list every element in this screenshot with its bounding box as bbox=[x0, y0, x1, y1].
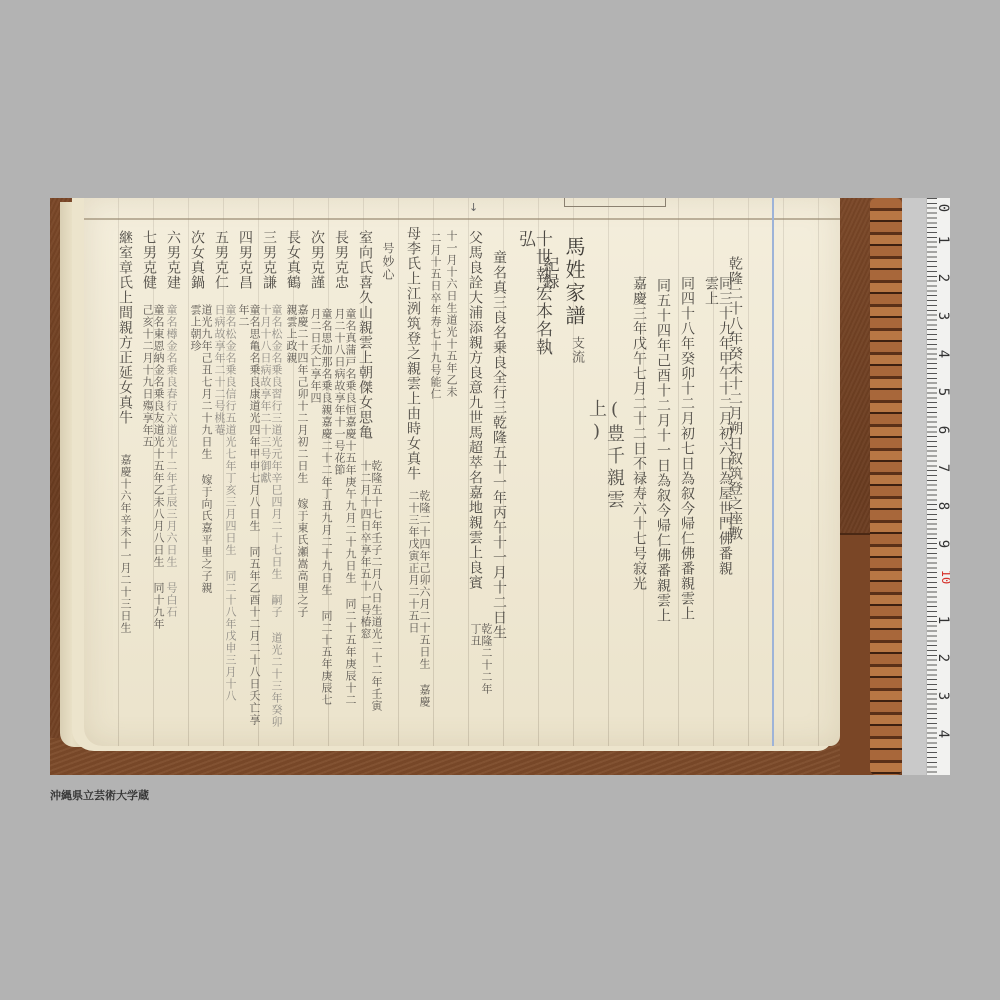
header-box bbox=[564, 198, 666, 207]
entry-second-wife: 継室章氏上間親方正延女真牛 bbox=[118, 230, 132, 450]
entry-daughter-1: 長女真鶴 bbox=[286, 230, 300, 310]
ruler-label: 0 bbox=[935, 204, 950, 212]
leather-lacing bbox=[870, 198, 902, 775]
entry-son-1: 長男克忠 bbox=[334, 230, 348, 310]
entry-father-note: 乾隆二十二年丁丑 bbox=[470, 623, 492, 703]
entry-son-5: 五男克仁 bbox=[214, 230, 228, 310]
ruler-label: 7 bbox=[935, 464, 950, 472]
ruler-label-highlight: 10 bbox=[939, 570, 950, 584]
record-entry-2: 同三十九年甲午十二月初六日為屋世門佛番親雲上 bbox=[704, 276, 732, 586]
document-subtitle: 支流 bbox=[570, 336, 583, 376]
entry-son-1-note: 童名真蒲戸名乗良恒嘉慶十五年庚午九月二十九日生 同二十五年庚辰十二月二十八日病故… bbox=[334, 308, 356, 708]
entry-daughter-2: 次女真鍋 bbox=[190, 230, 204, 310]
ruler-label: 1 bbox=[935, 616, 950, 624]
entry-second-wife-note: 嘉慶十六年辛未十一月二十三日生 bbox=[120, 454, 131, 684]
entry-childhood-name: 童名真三良名乗良全行三乾隆五十一年丙午十一月十二日生 bbox=[492, 250, 506, 680]
entry-wife: 室向氏喜久山親雲上朝傑女思亀 bbox=[358, 230, 372, 460]
entry-son-3-note: 童名松金名乗良習行三道光元年辛巳四月二十七日生 嗣子 道光二十三年癸卯十月十八日… bbox=[260, 304, 282, 734]
record-entry-5: 嘉慶三年戊午七月二十二日不禄寿六十七号寂光 bbox=[632, 276, 646, 626]
manuscript-photo: 0 1 2 3 4 5 6 7 8 9 10 1 2 3 4 ↓ 乾隆二十八年癸… bbox=[50, 198, 950, 775]
entry-wife-note: 乾隆五十七年壬子二月八日生道光二十二年壬寅十二月十四日卒享年五十一号椿窓 bbox=[360, 460, 382, 720]
entry-mother-title: 号妙心 bbox=[382, 242, 394, 292]
entry-son-4: 四男克昌 bbox=[238, 230, 252, 310]
arrow-mark: ↓ bbox=[469, 201, 489, 215]
ruler-label: 4 bbox=[935, 730, 950, 738]
collection-caption: 沖縄県立芸術大学蔵 bbox=[50, 787, 149, 803]
margin-rule bbox=[772, 198, 774, 746]
document-title: 馬姓家譜 bbox=[564, 236, 584, 336]
ruler-label: 3 bbox=[935, 692, 950, 700]
entry-son-3: 三男克謙 bbox=[262, 230, 276, 310]
entry-son-2: 次男克謹 bbox=[310, 230, 324, 310]
annotation-name: (豊千親雲上) bbox=[586, 398, 624, 530]
entry-father-birth: 十一月十六日生道光十五年乙未 bbox=[446, 230, 457, 450]
entry-son-7-note: 童名東恩納金名乗良友道光十五年乙未八月八日生 同十九年己亥十二月十九日殤享年五 bbox=[142, 304, 164, 634]
ruler-label: 5 bbox=[935, 388, 950, 396]
record-entry-3: 同四十八年癸卯十二月初七日為叙今帰仁佛番親雲上 bbox=[680, 276, 694, 626]
ruler-label: 8 bbox=[935, 502, 950, 510]
entry-father: 父馬良詮大浦添親方良意九世馬超萃名嘉地親雲上良賓 bbox=[468, 230, 482, 620]
entry-mother: 母李氏上江洌筑登之親雲上由時女真牛 bbox=[406, 226, 420, 486]
entry-daughter-2-note: 道光九年己丑七月二十九日生 嫁于向氏嘉平里之子親雲上朝珍 bbox=[190, 304, 212, 604]
entry-son-6-note: 童名樽金名乗良春行六道光十二年壬辰三月六日生 号白石 bbox=[166, 304, 177, 664]
record-entry-4: 同五十四年己酉十二月十一日為叙今帰仁佛番親雲上 bbox=[656, 278, 670, 628]
manuscript-page: ↓ 乾隆二十八年癸未十二月朔日叙筑登之座敷 同三十九年甲午十二月初六日為屋世門佛… bbox=[84, 198, 840, 746]
ruler-label: 1 bbox=[935, 236, 950, 244]
ruler-label: 6 bbox=[935, 426, 950, 434]
entry-father-death: 二月十五日卒年寿七十九号能仁 bbox=[430, 232, 441, 432]
scale-ruler: 0 1 2 3 4 5 6 7 8 9 10 1 2 3 4 bbox=[926, 198, 950, 775]
entry-daughter-1-note: 嘉慶二十四年己卯十二月初二日生 嫁于東氏瀬嵩高里之子親雲上政親 bbox=[286, 304, 308, 624]
entry-son-4-note: 童名思亀名乗良康道光四年甲申七月八日生 同五年乙酉十二月二十八日夭亡享年二 bbox=[238, 304, 260, 734]
header-rule bbox=[84, 218, 840, 220]
entry-mother-note: 乾隆二十四年己卯六月二十五日生 嘉慶二十三年戊寅正月二十五日 bbox=[408, 490, 430, 710]
ruler-label: 4 bbox=[935, 350, 950, 358]
ruler-label: 3 bbox=[935, 312, 950, 320]
ruler-label: 2 bbox=[935, 274, 950, 282]
entry-son-6: 六男克建 bbox=[166, 230, 180, 310]
generation-heading: 十世執宏本名執弘 bbox=[516, 230, 550, 360]
ruler-label: 9 bbox=[935, 540, 950, 548]
ruler-label: 2 bbox=[935, 654, 950, 662]
entry-son-7: 七男克健 bbox=[142, 230, 156, 310]
entry-son-5-note: 童名松金名乗良信行五道光七年丁亥三月四日生 同二十八年戊申三月十八日病故享年二十… bbox=[214, 304, 236, 704]
entry-son-2-note: 童名思加那名乗良親嘉慶二十二年丁丑九月二十九日生 同二十五年庚辰七月二日夭亡享年… bbox=[310, 308, 332, 708]
ruler-ticks bbox=[927, 198, 937, 775]
